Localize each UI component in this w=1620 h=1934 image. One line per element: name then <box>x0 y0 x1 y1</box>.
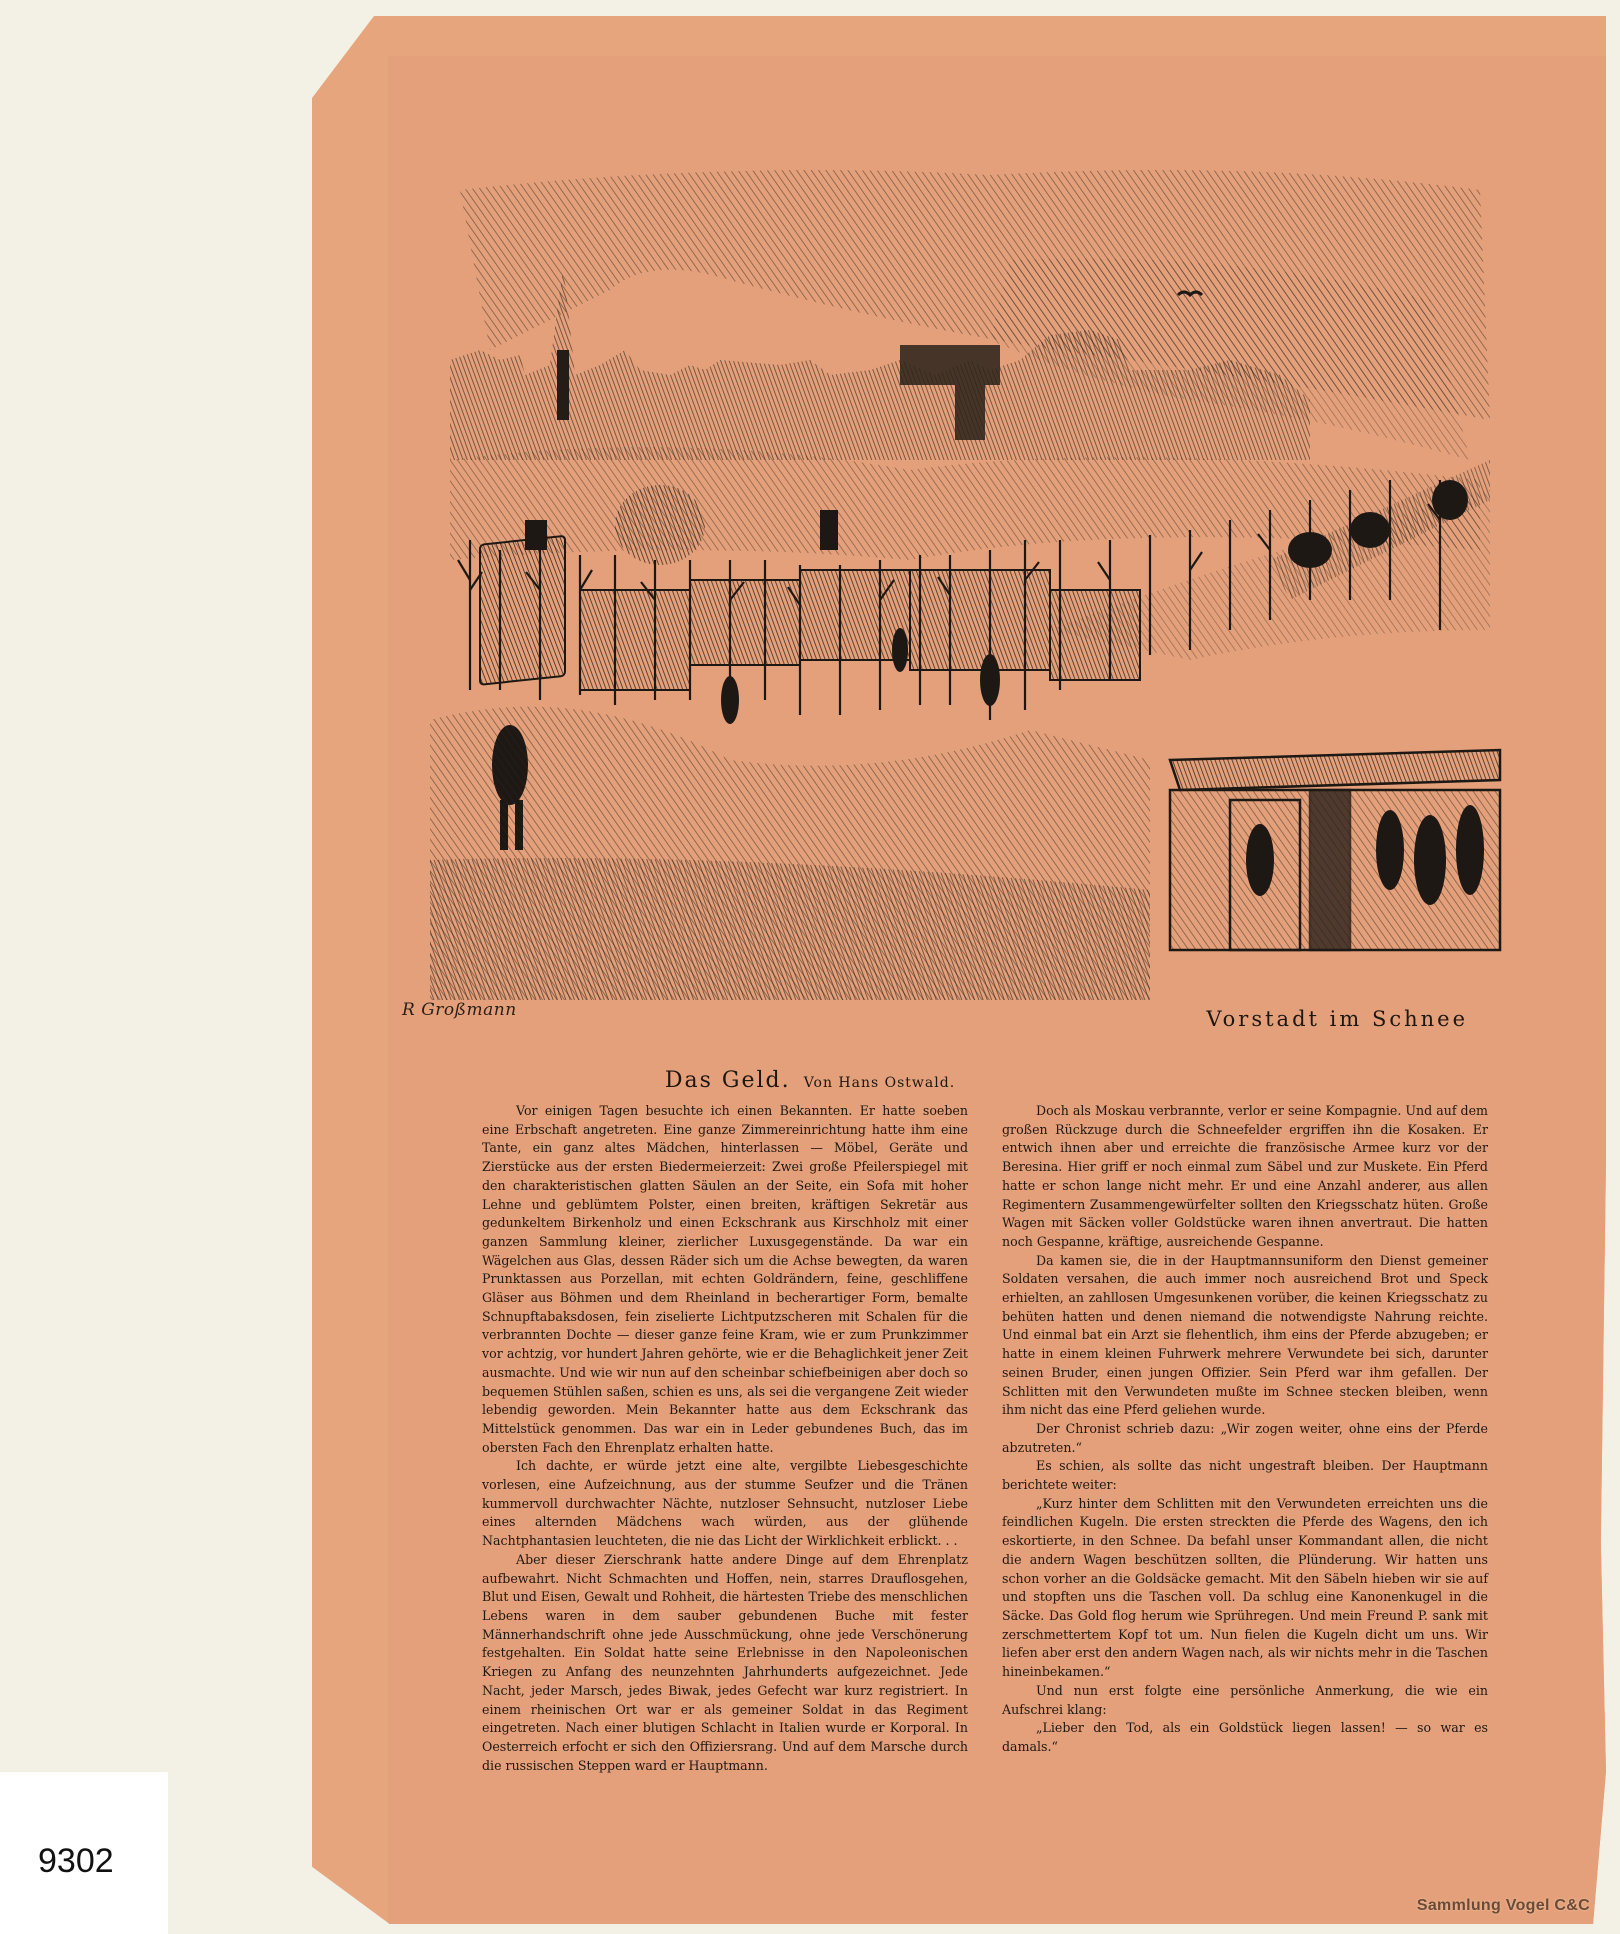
lithograph-illustration <box>430 160 1510 1000</box>
artist-signature: R Großmann <box>402 1000 517 1020</box>
paragraph: Es schien, als sollte das nicht ungestra… <box>1002 1457 1488 1494</box>
paragraph: Der Chronist schrieb dazu: „Wir zogen we… <box>1002 1420 1488 1457</box>
paragraph: Und nun erst folgte eine persönliche Anm… <box>1002 1682 1488 1719</box>
right-column: Doch als Moskau verbrannte, verlor er se… <box>1002 1102 1488 1775</box>
catalog-label: 9302 <box>0 1772 168 1934</box>
article-body: Vor einigen Tagen besuchte ich einen Bek… <box>482 1102 1488 1775</box>
suburb-snow-scene-image <box>430 160 1510 1000</box>
paragraph: Vor einigen Tagen besuchte ich einen Bek… <box>482 1102 968 1457</box>
illustration-caption: Vorstadt im Schnee <box>1206 1007 1468 1031</box>
paragraph: „Lieber den Tod, als ein Goldstück liege… <box>1002 1719 1488 1756</box>
catalog-number: 9302 <box>38 1842 114 1881</box>
paragraph: Da kamen sie, die in der Hauptmannsunifo… <box>1002 1252 1488 1420</box>
paragraph: Aber dieser Zierschrank hatte andere Din… <box>482 1551 968 1775</box>
paragraph: Ich dachte, er würde jetzt eine alte, ve… <box>482 1457 968 1551</box>
paragraph: „Kurz hinter dem Schlitten mit den Verwu… <box>1002 1495 1488 1682</box>
article-title: Das Geld. <box>665 1068 791 1093</box>
paragraph: Doch als Moskau verbrannte, verlor er se… <box>1002 1102 1488 1252</box>
left-column: Vor einigen Tagen besuchte ich einen Bek… <box>482 1102 968 1775</box>
article-author: Von Hans Ostwald. <box>804 1075 955 1091</box>
collection-watermark: Sammlung Vogel C&C <box>1417 1897 1590 1915</box>
article-header: Das Geld. Von Hans Ostwald. <box>0 1068 1620 1093</box>
